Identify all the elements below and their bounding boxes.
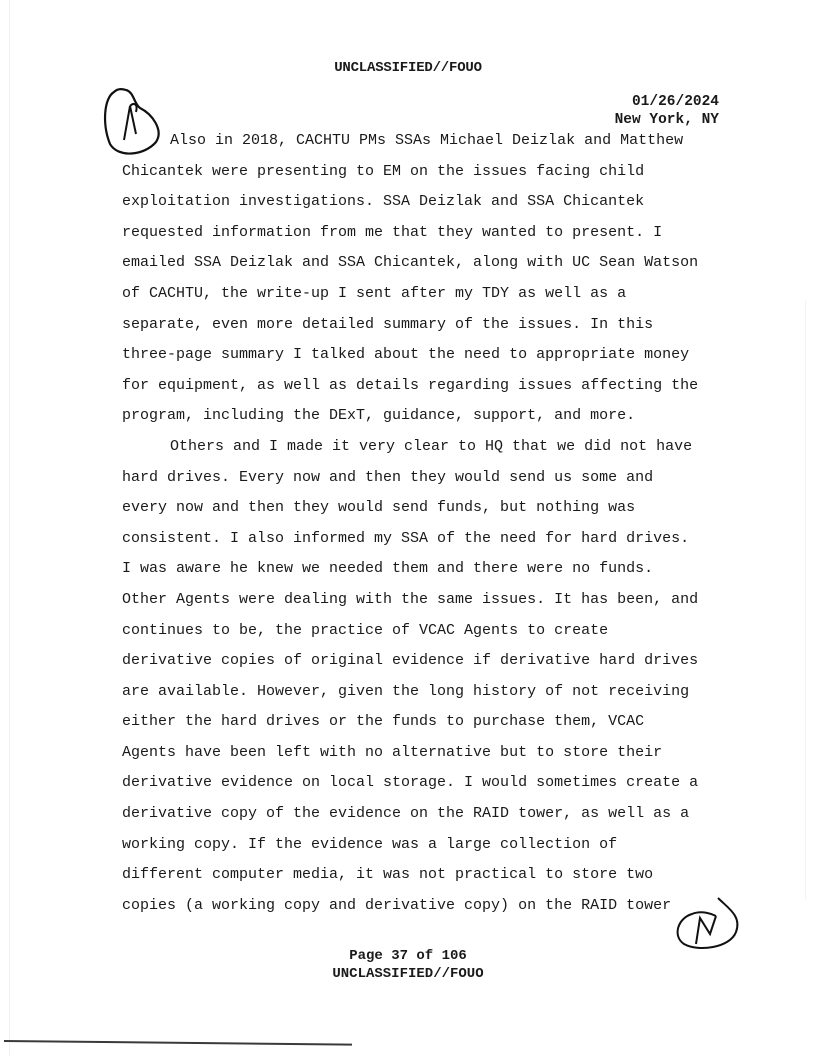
body-line: requested information from me that they … [122,218,722,249]
body-line: either the hard drives or the funds to p… [122,707,722,738]
body-line: program, including the DExT, guidance, s… [122,401,722,432]
handwritten-initials-icon [672,894,744,954]
body-line: are available. However, given the long h… [122,677,722,708]
body-line: derivative copy of the evidence on the R… [122,799,722,830]
body-line: every now and then they would send funds… [122,493,722,524]
body-line: three-page summary I talked about the ne… [122,340,722,371]
body-line: copies (a working copy and derivative co… [122,891,722,922]
document-date: 01/26/2024 [632,94,719,110]
body-line: different computer media, it was not pra… [122,860,722,891]
scan-artifact-line [4,1040,352,1046]
body-line: consistent. I also informed my SSA of th… [122,524,722,555]
body-line: for equipment, as well as details regard… [122,371,722,402]
body-text: Also in 2018, CACHTU PMs SSAs Michael De… [122,126,722,921]
body-line: Agents have been left with no alternativ… [122,738,722,769]
body-line: of CACHTU, the write-up I sent after my … [122,279,722,310]
scan-edge-line [805,300,806,900]
body-line: exploitation investigations. SSA Deizlak… [122,187,722,218]
body-line: Also in 2018, CACHTU PMs SSAs Michael De… [122,126,722,157]
body-line: Other Agents were dealing with the same … [122,585,722,616]
body-line: continues to be, the practice of VCAC Ag… [122,616,722,647]
body-line: working copy. If the evidence was a larg… [122,830,722,861]
body-line: derivative copies of original evidence i… [122,646,722,677]
document-page: UNCLASSIFIED//FOUO 01/26/2024 New York, … [0,0,816,1056]
body-line: Others and I made it very clear to HQ th… [122,432,722,463]
scan-edge-line [9,0,10,1056]
body-line: derivative evidence on local storage. I … [122,768,722,799]
body-line: hard drives. Every now and then they wou… [122,463,722,494]
body-line: I was aware he knew we needed them and t… [122,554,722,585]
footer-classification: UNCLASSIFIED//FOUO [0,966,816,982]
header-classification: UNCLASSIFIED//FOUO [0,60,816,76]
body-line: Chicantek were presenting to EM on the i… [122,157,722,188]
body-line: emailed SSA Deizlak and SSA Chicantek, a… [122,248,722,279]
body-line: separate, even more detailed summary of … [122,310,722,341]
page-number: Page 37 of 106 [0,948,816,964]
